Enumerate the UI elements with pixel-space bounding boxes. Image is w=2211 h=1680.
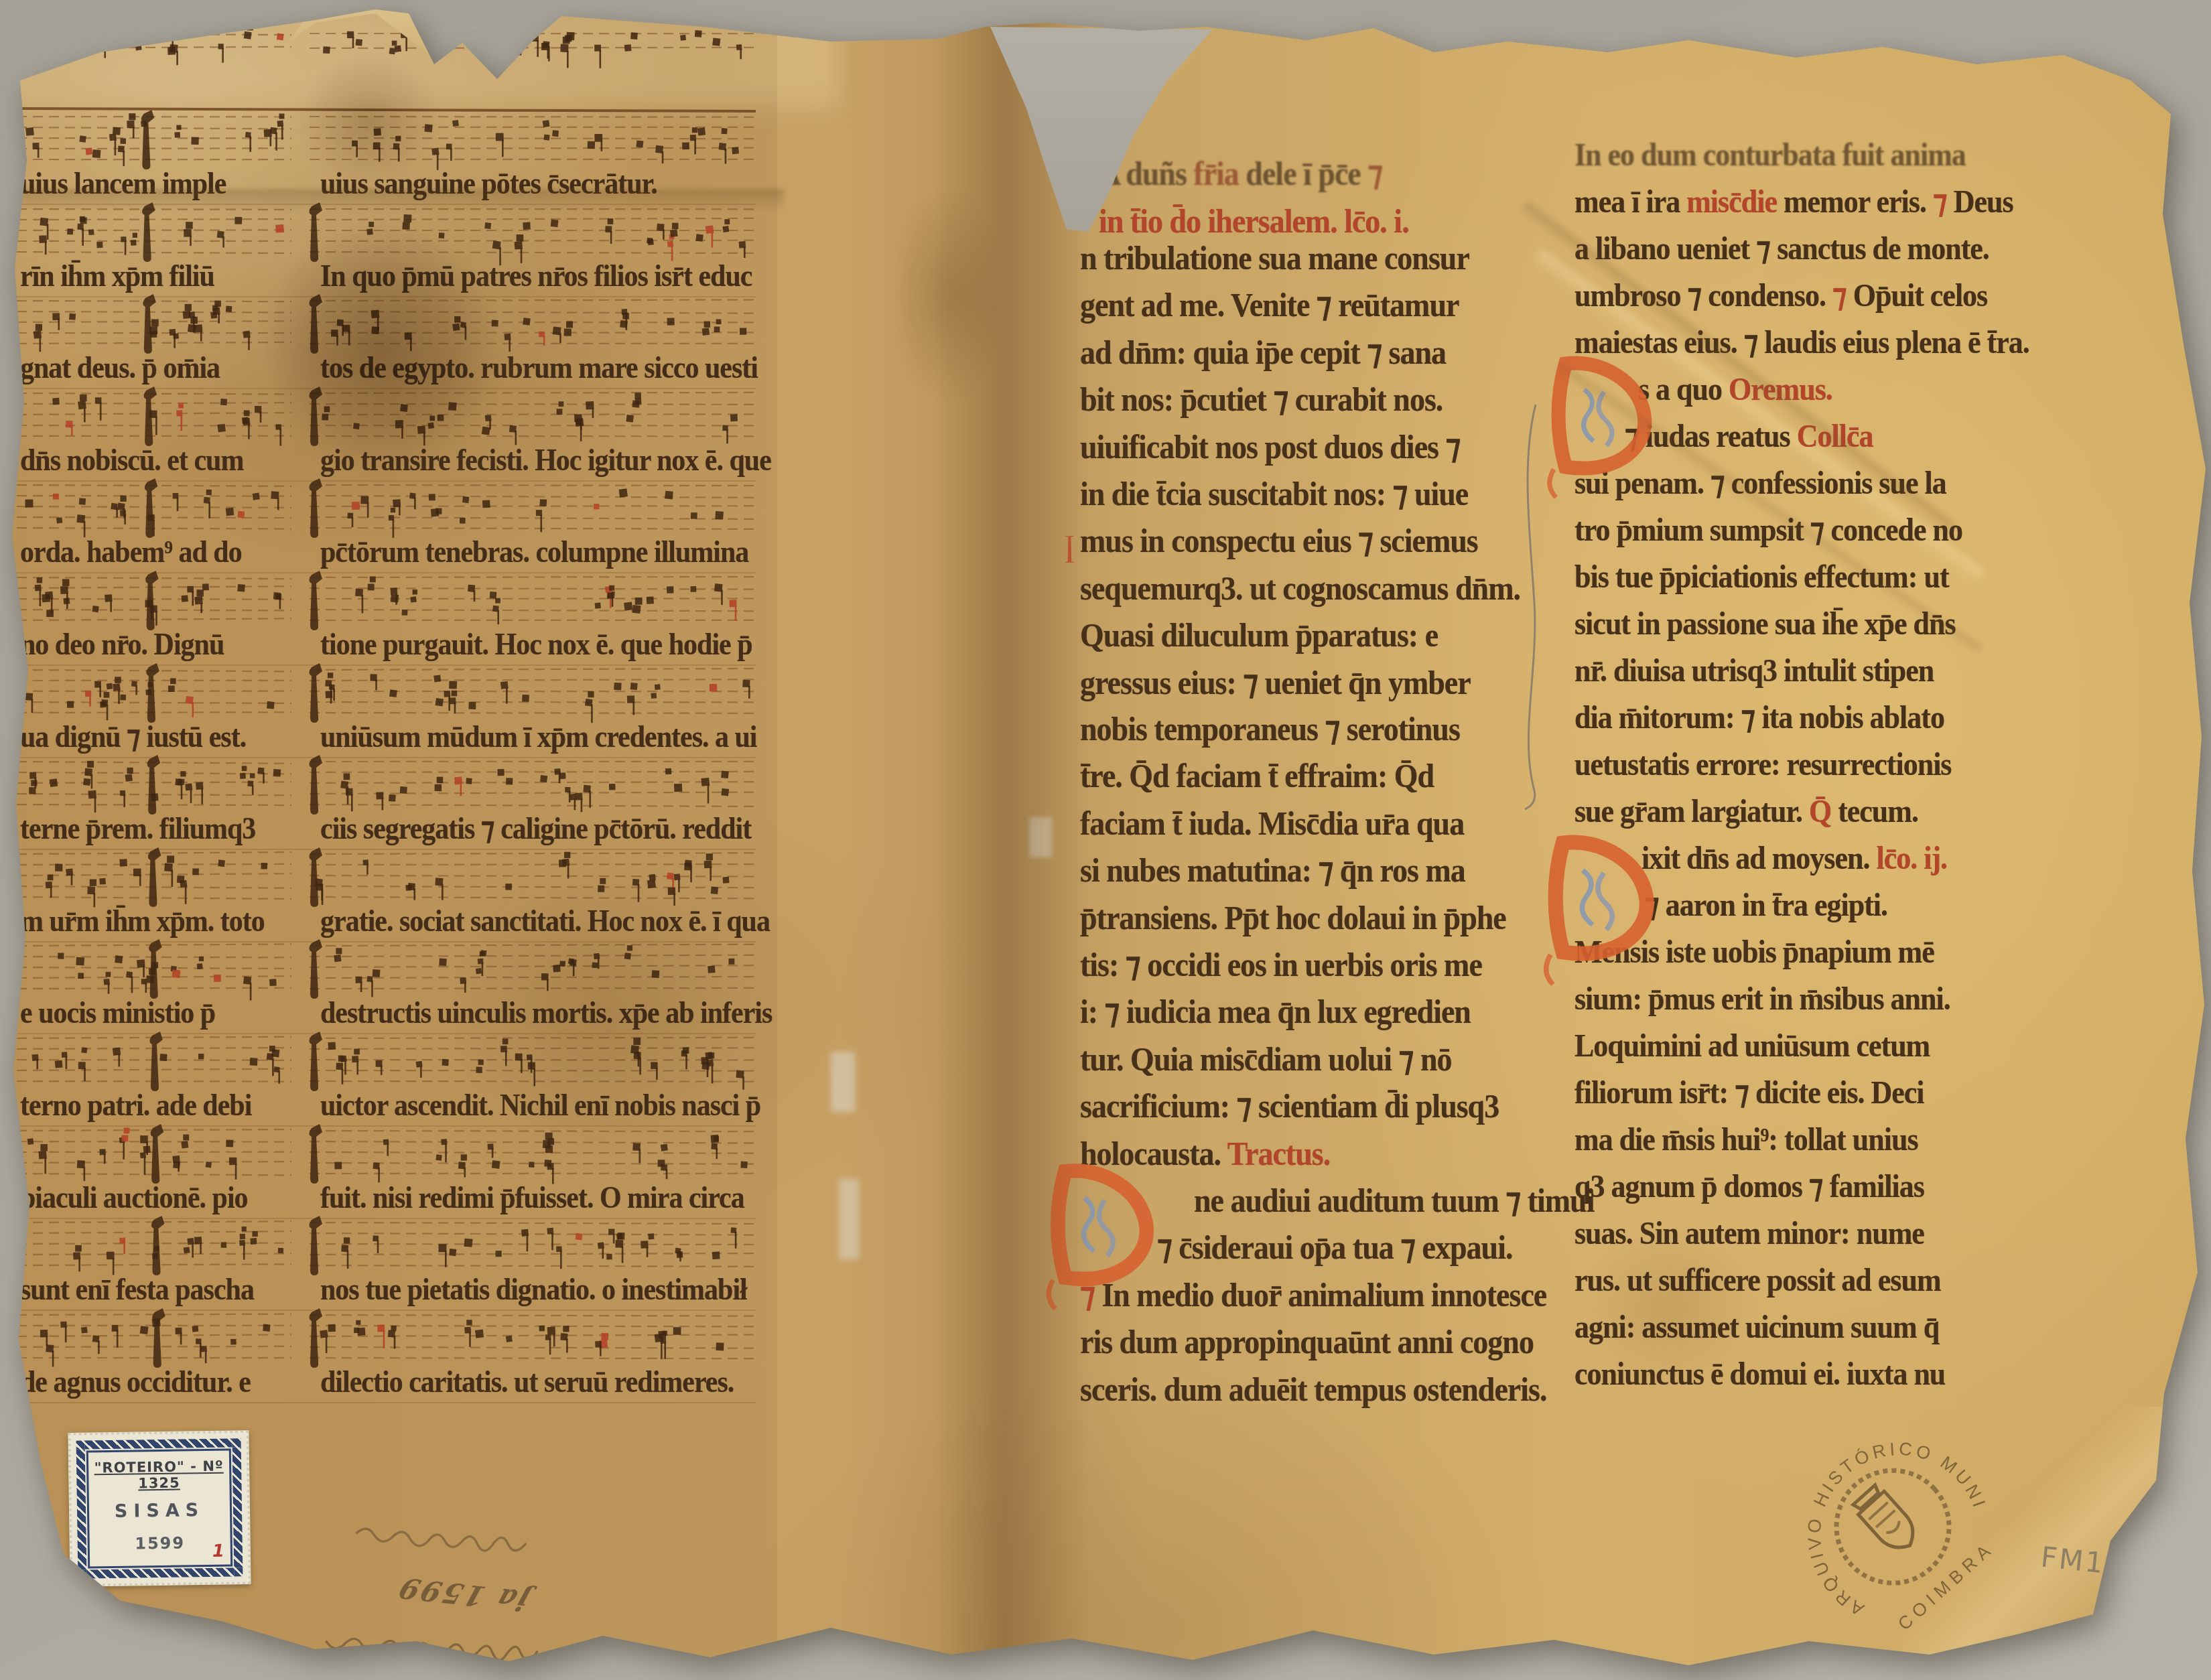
neume-mark [92,1335,100,1354]
neume-mark [334,1162,342,1169]
neume-mark [135,38,143,51]
neume-mark [492,320,498,327]
neume-mark [655,684,661,690]
neume-mark [462,496,469,503]
neume-mark [326,691,333,698]
lection-text-line: t̄re. Q̄d faciam t̄ effraim: Q̄d [1080,760,1434,794]
chant-text-line-left: rīn ih̄m xp̄m filiū [20,261,214,291]
neume-mark [33,143,40,157]
neume-mark [352,502,360,510]
text-segment: fr̄ia [1193,155,1246,192]
neume-mark [691,512,697,519]
neume-mark [226,306,232,313]
neume-mark [682,142,689,149]
neume-mark [427,415,435,429]
versal-initial-I [1056,241,1083,857]
chant-text-line-left: e uocis ministio p̄ [20,998,215,1029]
neume-mark [668,887,676,905]
lection-text-line: sacrificium: ⁊ scientiam d̄i plusq3 [1080,1090,1499,1124]
neume-mark [559,961,565,967]
neume-mark [31,1054,38,1070]
collect-text-line: agni: assumet uicinum suum q̄ [1574,1312,1939,1344]
neume-mark [594,504,600,510]
lection-text-line: si nubes matutina: ⁊ q̄n ros ma [1080,854,1465,888]
neume-mark [543,41,550,61]
neume-mark [31,41,38,58]
neume-mark [111,503,118,518]
neume-mark [616,1233,623,1240]
rubric-line-red: in t̄io d̄o ihersalem. lc̄o. i. [1099,204,1409,238]
neume-mark [532,35,539,57]
neume-mark [226,1139,233,1147]
verse-sign-glyph [149,1032,163,1091]
neume-mark [544,1160,551,1167]
neume-mark [261,863,267,869]
collect-text-line: q3 agnum p̄ domos ⁊ familias [1574,1171,1924,1203]
neume-mark [606,1254,612,1260]
chant-text-line-right: dilectio caritatis. ut seruū redimeres. [320,1367,734,1398]
neume-mark [79,135,86,142]
neume-mark [25,693,33,713]
text-segment: a libano ueniet ⁊ sanctus de monte. [1574,231,1989,267]
neume-mark [104,972,111,994]
neume-mark [411,589,417,602]
neume-mark [103,31,110,48]
verse-sign-glyph [147,755,161,815]
neume-mark [721,788,729,796]
neume-mark [393,500,401,516]
neume-mark [107,1252,115,1275]
neume-mark [373,1162,380,1182]
neume-mark [714,583,723,605]
text-segment: ⁊ [1933,184,1954,220]
neume-mark [234,216,242,224]
chant-text-line-right: destructis uinculis mortis. xp̄e ab infe… [320,998,772,1029]
text-segment: bit nos: p̄cutiet ⁊ curabit nos. [1080,380,1443,418]
neume-mark [560,1326,569,1352]
neume-mark [405,885,411,891]
verse-sign-glyph [309,847,322,907]
neume-mark [140,1151,146,1174]
neume-mark [67,701,74,707]
neume-mark [680,35,686,41]
neume-mark [119,1238,125,1255]
neume-mark [240,1227,247,1239]
neume-mark [66,421,73,435]
neume-mark [722,128,728,134]
text-segment: q3 agnum p̄ domos ⁊ familias [1574,1169,1924,1205]
lection-text-line: ne audiui auditum tuum ⁊ timui [1194,1184,1594,1218]
collect-text-line: rus. ut sufficere possit ad esum [1574,1265,1941,1297]
lection-text-line: ⁊ c̄sideraui op̄a tua ⁊ expaui. [1157,1231,1512,1265]
chant-text-line-right: ciis segregatis ⁊ caligine pc̄tōrū. redd… [320,814,751,845]
neume-mark [721,771,729,779]
neume-mark [52,398,60,405]
chant-text-line-right: In quo p̄mū patres nr̄os filios isr̄t ed… [320,261,752,291]
chant-text-line-left: no deo nr̄o. Dignū [20,630,224,660]
neume-mark [383,1139,389,1156]
verse-sign-glyph [309,1032,322,1091]
neume-mark [630,32,638,40]
neume-mark [328,1042,336,1050]
neume-mark [438,1244,446,1267]
neume-mark [551,219,559,227]
archive-label-sticker: "ROTEIRO" - Nº 1325 SISAS 1599 1 [68,1430,251,1587]
text-segment: mea ī ira [1574,184,1686,220]
neume-mark [522,695,529,702]
neume-mark [73,1245,82,1271]
neume-mark [237,584,245,591]
neume-mark [701,1062,710,1070]
verse-sign-glyph [148,847,161,907]
neume-mark [492,1160,500,1169]
neume-mark [250,1231,257,1245]
verse-sign-glyph [309,1124,322,1184]
neume-mark [583,785,591,808]
verse-sign-glyph [309,939,322,999]
chant-text-line-right: fuit. nisi redimi p̄fuisset. O mira circ… [320,1182,744,1213]
neume-mark [389,508,395,538]
neume-mark [676,1251,683,1258]
neume-mark [730,600,737,620]
neume-mark [439,959,446,966]
neume-mark [99,878,106,885]
neume-mark [466,778,472,784]
neume-mark [118,138,126,166]
text-segment: si nubes matutina: ⁊ q̄n ros ma [1080,852,1465,890]
text-segment: lc̄o. ij. [1876,841,1947,877]
neume-mark [684,863,691,870]
text-segment: Q̄ [1809,794,1838,830]
neume-mark [218,859,225,867]
neume-mark [711,886,718,894]
neume-mark [658,1160,665,1167]
neume-mark [173,493,179,511]
neume-mark [99,1149,105,1164]
neume-mark [449,681,457,689]
neume-mark [502,46,507,51]
neume-mark [218,424,226,432]
neume-mark [722,425,728,443]
text-segment: Tractus. [1227,1135,1330,1172]
neume-mark [515,48,522,56]
neume-mark [521,1229,529,1251]
neume-mark [539,1326,545,1332]
verse-sign-glyph [309,571,322,630]
neume-mark [174,125,181,138]
text-segment: tis: ⁊ occidi eos in uerbis oris me [1080,946,1482,983]
neume-mark [323,46,330,54]
neume-mark [595,602,601,608]
neume-mark [695,30,702,38]
neume-mark [220,399,227,405]
collect-text-line: ixit dn̄s ad moysen. lc̄o. ij. [1641,843,1947,875]
neume-mark [446,143,452,161]
neume-mark [697,127,706,135]
neume-mark [641,1241,648,1257]
neume-mark [424,124,432,132]
neume-mark [273,592,281,609]
neume-mark [78,973,84,979]
neume-mark [544,135,550,141]
lection-text-line: uiuificabit nos post duos dies ⁊ [1080,429,1460,464]
neume-mark [708,966,715,973]
text-segment: gressus eius: ⁊ ueniet q̄n ymber [1080,663,1471,701]
neume-mark [732,147,739,154]
neume-mark [452,324,460,331]
neume-mark [25,500,33,508]
neume-mark [506,778,513,784]
neume-mark [568,959,575,977]
collect-text-line: filiorum isr̄t: ⁊ dicite eis. Deci [1574,1077,1924,1109]
text-segment: suas. Sin autem minor: nume [1574,1216,1924,1252]
neume-mark [476,968,482,974]
verse-sign-glyph [309,1308,322,1368]
flake-mark-2 [839,1179,859,1259]
neume-mark [716,1342,724,1350]
neume-mark [711,1134,719,1142]
neume-mark [723,876,730,883]
lection-text-line: ad dn̄m: quia ip̄e cepit ⁊ sana [1080,335,1446,369]
verse-sign-glyph [152,1308,165,1368]
neume-mark [588,141,596,149]
neume-mark [356,977,362,992]
neume-mark [464,1320,472,1347]
neume-mark [569,794,576,810]
collect-text-line: sue gr̄am largiatur. Q̄ tecum. [1574,796,1918,828]
text-segment: tecum. [1838,794,1918,830]
neume-mark [476,1060,484,1073]
neume-mark [109,134,117,156]
neume-mark [547,1228,553,1251]
neume-mark [78,395,86,422]
neume-mark [340,774,350,805]
neume-mark [736,1070,744,1089]
neume-mark [598,1242,604,1259]
neume-mark [322,406,330,420]
neume-mark [557,401,564,415]
neume-mark [624,602,632,611]
text-segment: sium: p̄mus erit in m̄sibus anni. [1574,981,1950,1018]
neume-mark [500,1038,509,1066]
neume-mark [198,1054,204,1059]
neume-mark [449,1249,456,1256]
neume-mark [278,1248,284,1254]
text-segment: mus in conspectu eius ⁊ sciemus [1080,522,1478,559]
neume-mark [113,127,121,135]
verse-sign-glyph [149,939,162,999]
text-segment: ⁊ aaron in t̄ra egipti. [1645,888,1887,924]
neume-mark [212,301,221,324]
neume-mark [452,120,459,127]
text-segment: Oremus. [1729,372,1832,408]
collect-initial-D-2 [1536,831,1660,965]
neume-mark [690,127,697,154]
verse-sign-glyph [309,1216,322,1275]
collect-text-line: tro p̄mium sumpsit ⁊ concede no [1574,514,1962,547]
illegible-cursive-stroke-2 [301,1498,532,1569]
neume-mark [202,583,209,590]
neume-mark [400,404,408,412]
lection-text-line: n tribulatione sua mane consur [1080,241,1469,275]
text-segment: tro p̄mium sumpsit ⁊ concede no [1574,512,1962,549]
neume-mark [448,402,457,411]
lection-text-line: sceris. dum aduēit tempus ostenderis. [1080,1373,1546,1407]
neume-mark [460,322,466,340]
neume-mark [376,1060,383,1075]
neume-mark [505,884,512,890]
neume-mark [218,44,224,62]
lection-text-line: ris dum appropinquaūnt anni cogno [1080,1326,1534,1360]
neume-mark [341,1237,350,1269]
neume-mark [648,1234,654,1240]
neume-mark [131,232,137,245]
neume-mark [488,31,496,48]
neume-mark [391,594,399,602]
neume-mark [33,324,42,352]
neume-mark [143,1145,151,1153]
neume-mark [50,779,58,788]
neume-mark [253,493,260,500]
neume-mark [402,222,409,229]
neume-mark [391,1326,397,1332]
neume-mark [429,494,435,501]
neume-mark [120,694,126,700]
neume-mark [484,222,491,229]
text-segment: In medio duor̄ animalium innotesce [1101,1276,1546,1314]
neume-mark [92,149,101,158]
lection-text-line: in die t̄cia suscitabit nos: ⁊ uiue [1080,477,1468,511]
neume-mark [240,766,247,780]
neume-mark [247,774,255,796]
neume-mark [719,143,727,164]
neume-mark [366,976,373,997]
neume-mark [592,963,598,969]
neume-mark [523,318,531,326]
collect-text-line: sium: p̄mus erit in m̄sibus anni. [1574,983,1950,1016]
neume-mark [356,39,362,46]
chant-text-line-left: piaculi auctionē. pio [20,1182,248,1213]
neume-mark [255,406,261,423]
text-segment: uetustatis errore: resurrectionis [1574,747,1951,783]
neume-mark [192,868,199,875]
neume-mark [496,133,504,157]
neume-mark [619,489,628,498]
label-greek-key-border: "ROTEIRO" - Nº 1325 SISAS 1599 1 [76,1438,243,1578]
collect-text-line: a libano ueniet ⁊ sanctus de monte. [1574,233,1989,265]
verse-sign-glyph [309,663,322,723]
neume-mark [67,228,73,234]
text-segment: Quasi diluculum p̄paratus: e [1080,616,1438,654]
neume-mark [523,222,530,229]
collect-text-line: sicut in passione sua ih̄e xp̄e dn̄s [1574,608,1956,640]
neume-mark [35,577,42,606]
neume-mark [197,957,204,969]
text-segment: sicut in passione sua ih̄e xp̄e dn̄s [1574,606,1956,642]
neume-mark [185,783,192,803]
neume-mark [505,30,513,58]
chant-text-line-right: nos tue pietatis dignatio. o inestimabił [320,1275,747,1306]
neume-mark [553,965,561,973]
neume-mark [87,879,96,907]
neume-mark [371,327,379,335]
handwritten-cursive-note: ja 1599 [274,1490,557,1678]
neume-mark [739,241,746,258]
neume-mark [630,1038,641,1066]
neume-mark [539,500,547,507]
neume-mark [475,1329,484,1338]
neume-mark [496,1251,502,1257]
chant-text-line-right: gio transire fecisti. Hoc igitur nox ē. … [320,445,771,476]
neume-mark [40,1330,48,1346]
flake-mark-3 [1029,817,1052,857]
neume-mark [540,775,547,782]
verse-sign-glyph [309,478,322,538]
neume-mark [237,511,245,518]
illegible-cursive-stroke-1 [287,1605,545,1678]
neume-mark [115,956,123,964]
neume-mark [504,334,511,352]
neume-mark [184,222,193,246]
neume-mark [395,46,401,52]
text-segment: misc̄die [1686,184,1777,220]
neume-mark [76,957,84,966]
neume-mark [192,1326,199,1332]
neume-mark [38,1144,48,1174]
neume-mark [88,790,96,813]
neume-mark [552,130,559,137]
text-segment: sacrificium: ⁊ scientiam d̄i plusq3 [1080,1088,1499,1125]
text-segment: ris dum appropinquaūnt anni cogno [1080,1324,1534,1361]
neume-mark [186,696,194,717]
neume-mark [627,695,634,715]
neume-mark [480,951,487,957]
chant-text-line-left: uius lancem imple [20,169,226,200]
neume-mark [98,40,106,58]
neume-mark [673,1327,681,1335]
neume-mark [706,225,714,247]
neume-mark [187,586,194,606]
neume-mark [710,684,717,691]
chant-text-line-left: ua dignū ⁊ iustū est. [20,721,246,752]
neume-mark [665,768,671,774]
neume-mark [460,518,466,524]
neume-mark [46,1344,54,1367]
lection-text-line: gressus eius: ⁊ ueniet q̄n ymber [1080,665,1471,699]
collect-text-line: nr̄. diuisa utrisq3 intulit stipen [1574,655,1934,687]
text-segment: de agnus occiditur. e [20,1365,251,1399]
neume-mark [575,418,584,427]
text-segment: gent ad me. Venite ⁊ reūtamur [1080,286,1459,324]
neume-mark [176,403,184,431]
text-segment: Collc̄a [1797,419,1873,455]
neume-mark [191,137,198,145]
neume-mark [204,490,212,518]
neume-mark [96,241,103,247]
neume-mark [488,1143,494,1158]
neume-mark [667,318,675,326]
neume-mark [647,880,656,888]
neume-mark [126,971,133,993]
text-segment: Deus [1954,184,2013,220]
text-segment: dele ī p̄c̄e [1246,155,1367,192]
lection-text-line: nobis temporaneus ⁊ serotinus [1080,713,1460,747]
text-segment: ad dn̄m: quia ip̄e cepit ⁊ sana [1080,333,1446,370]
neume-mark [740,1161,747,1168]
label-corner-number: 1 [212,1541,225,1561]
neume-mark [614,683,621,690]
neume-mark [482,426,490,435]
